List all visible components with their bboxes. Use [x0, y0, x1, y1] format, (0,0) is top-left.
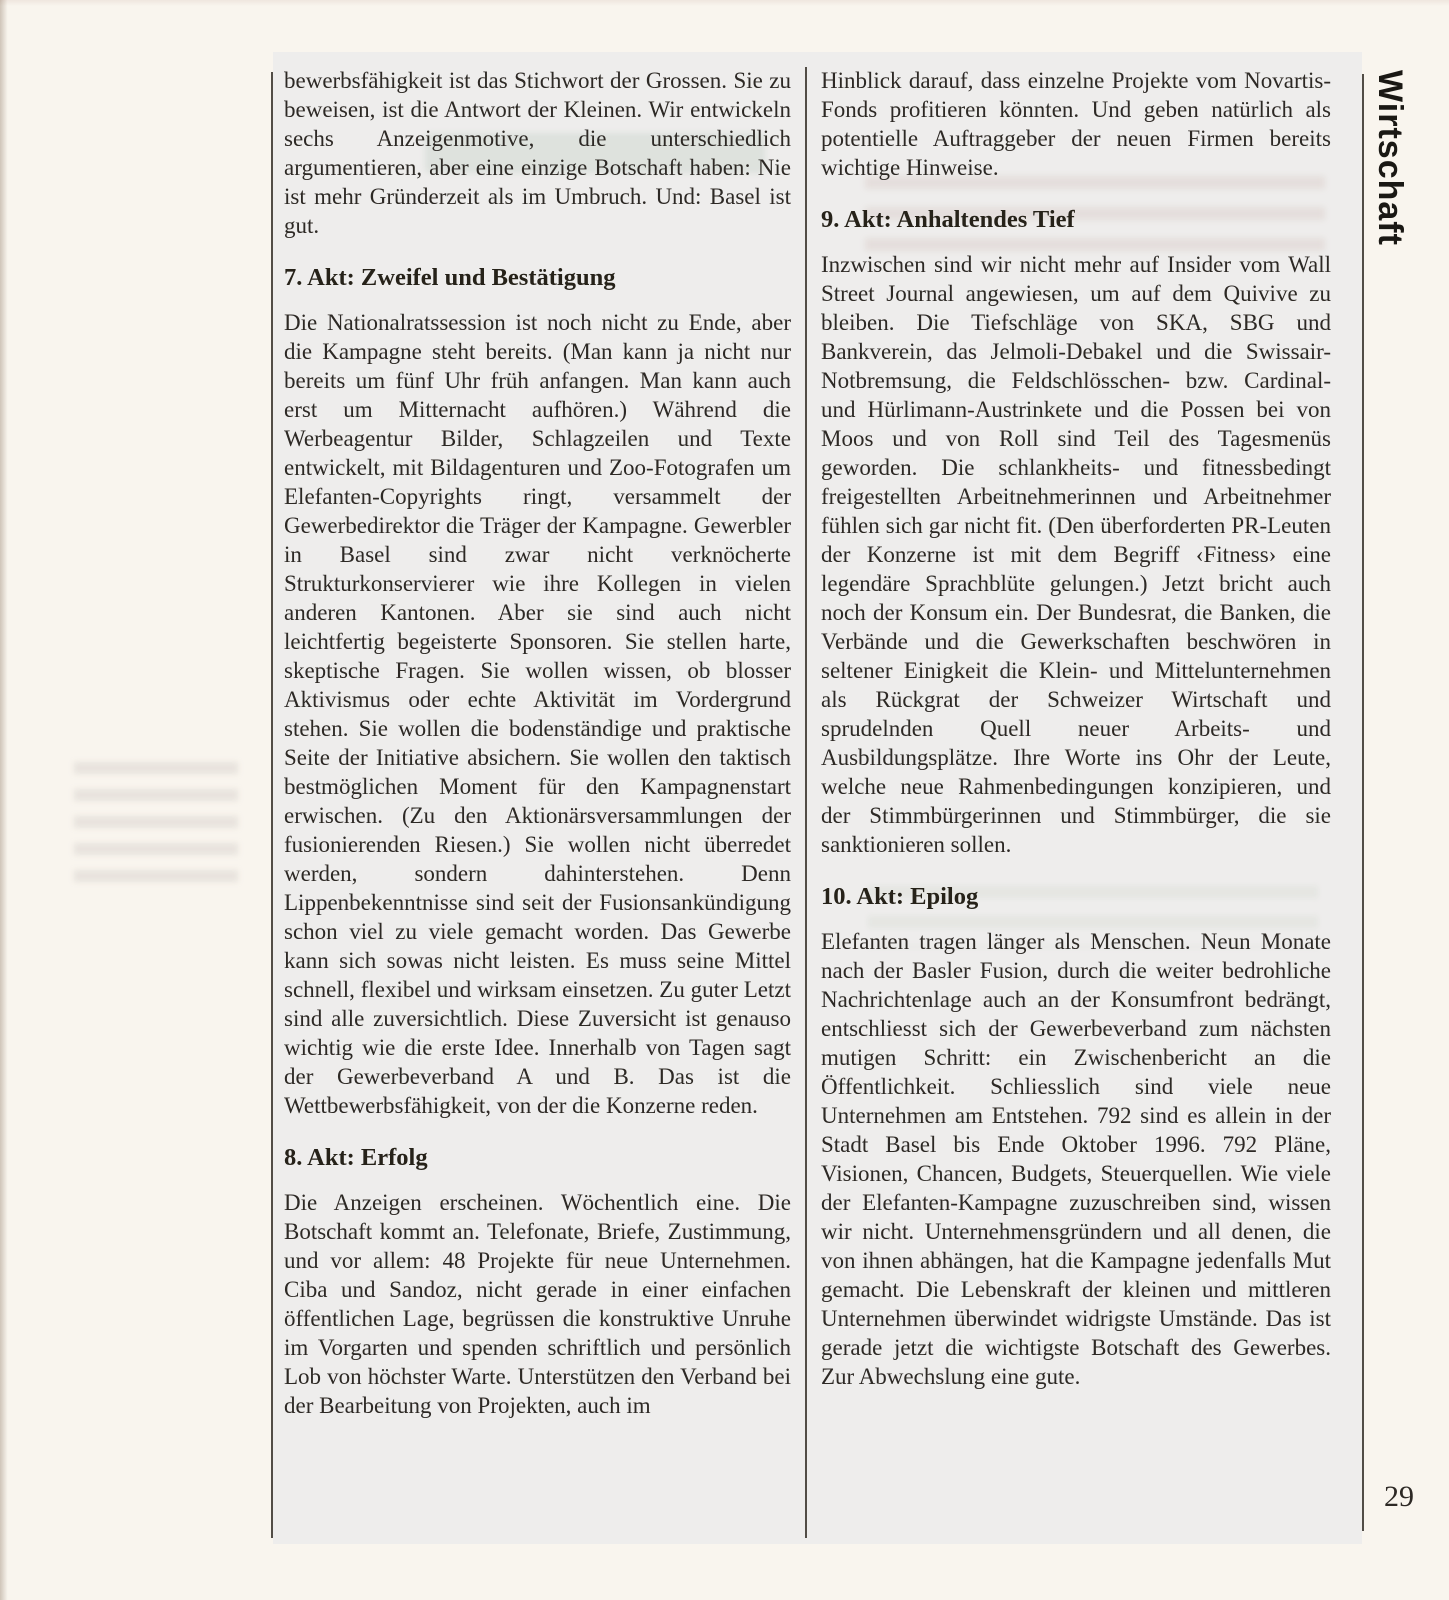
paragraph: Hinblick darauf, dass einzelne Projekte …: [821, 66, 1331, 182]
paragraph: Inzwischen sind wir nicht mehr auf Insid…: [821, 250, 1331, 859]
section-heading: 8. Akt: Erfolg: [284, 1143, 791, 1172]
paragraph: bewerbsfähigkeit ist das Stichwort der G…: [284, 66, 791, 240]
section-label-wirtschaft: Wirtschaft: [1370, 70, 1409, 246]
column-rule-middle: [805, 67, 807, 1538]
paragraph: Die Anzeigen erscheinen. Wöchentlich ein…: [284, 1188, 791, 1420]
section-heading: 7. Akt: Zweifel und Bestätigung: [284, 263, 791, 292]
page-number: 29: [1384, 1480, 1414, 1514]
paragraph: Die Nationalratssession ist noch nicht z…: [284, 308, 791, 1120]
column-rule-left: [271, 72, 273, 1538]
article-column-right: Hinblick darauf, dass einzelne Projekte …: [821, 66, 1331, 1391]
article-column-left: bewerbsfähigkeit ist das Stichwort der G…: [284, 66, 791, 1420]
bleedthrough-ghost: [74, 762, 238, 896]
section-heading: 9. Akt: Anhaltendes Tief: [821, 205, 1331, 234]
scan-edge-shadow: [0, 0, 9, 1600]
scan-edge-shadow-top: [0, 0, 1449, 6]
column-rule-right: [1362, 74, 1364, 1531]
section-heading: 10. Akt: Epilog: [821, 882, 1331, 911]
paragraph: Elefanten tragen länger als Menschen. Ne…: [821, 927, 1331, 1391]
